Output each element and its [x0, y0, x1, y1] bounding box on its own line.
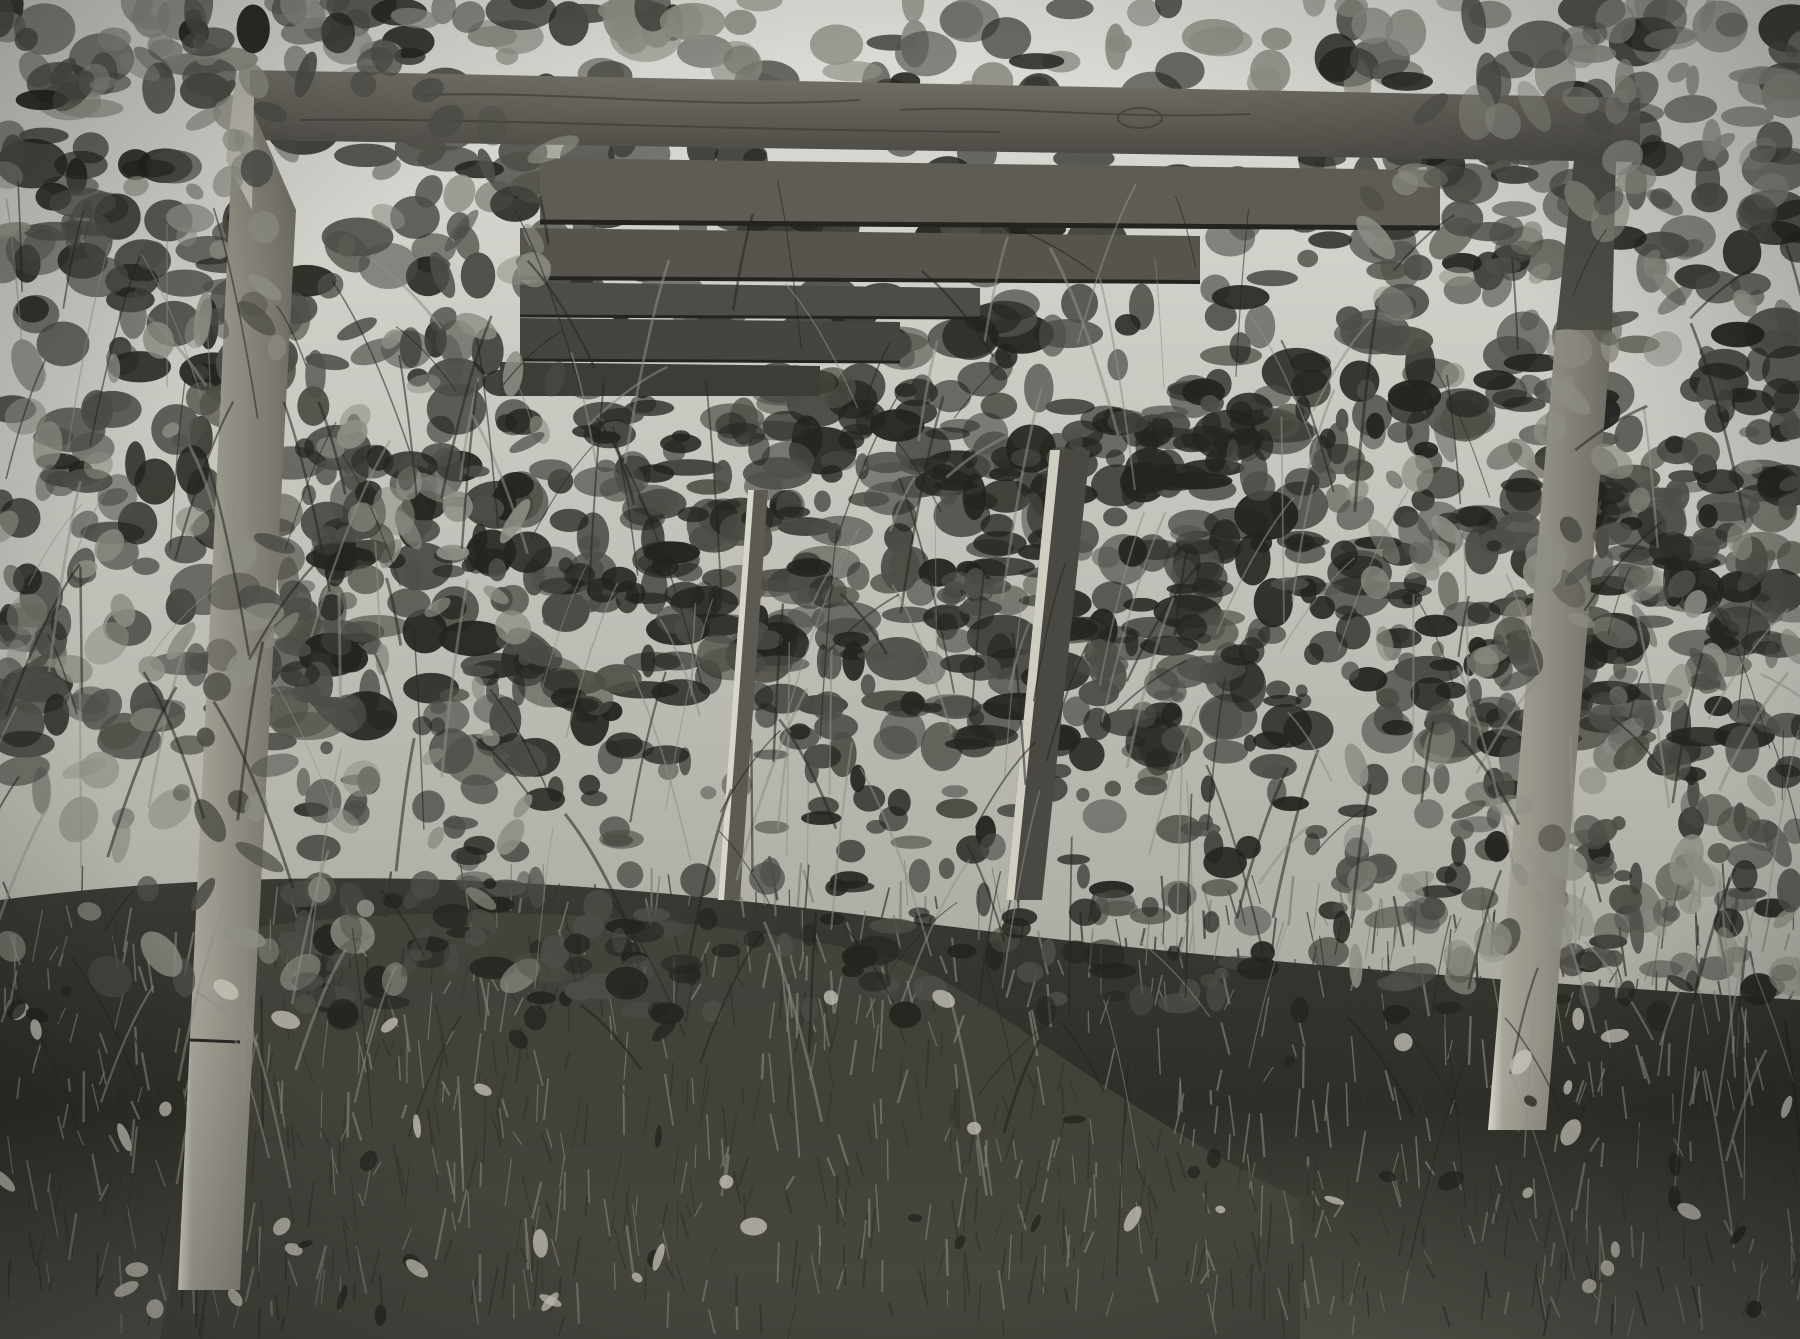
scene-illustration [0, 0, 1800, 1339]
vignette [0, 0, 1800, 1339]
pergola-photograph [0, 0, 1800, 1339]
